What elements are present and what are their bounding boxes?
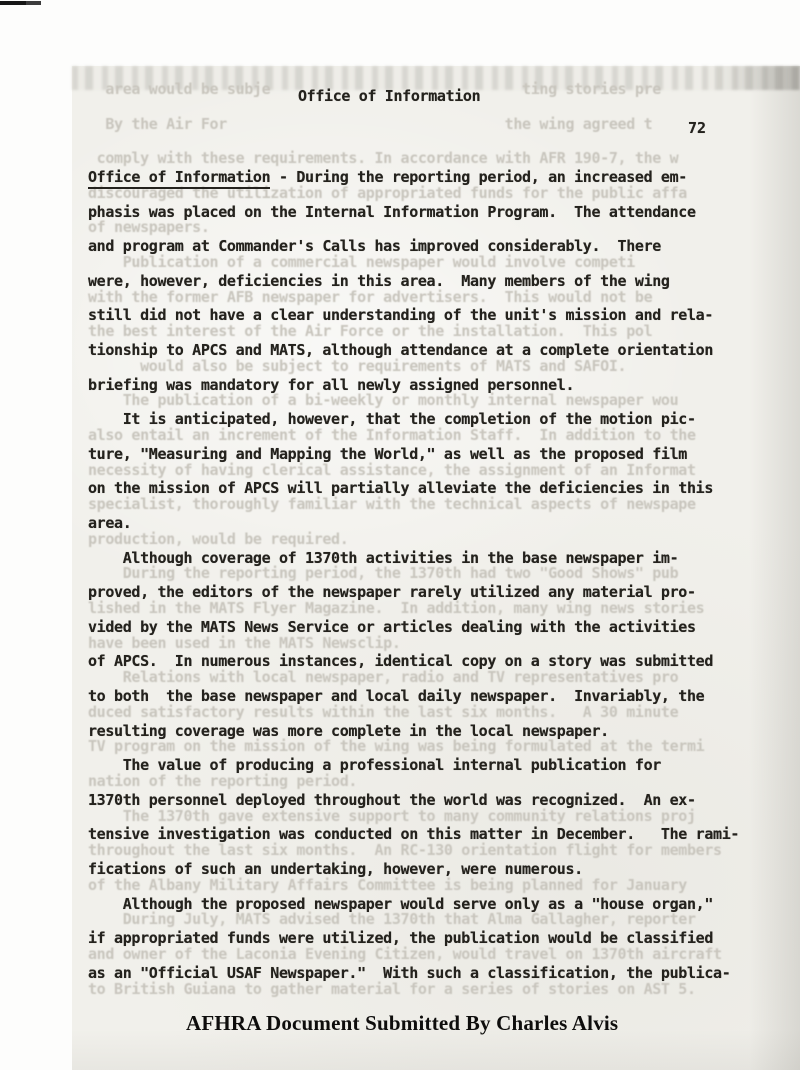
text-line: phasis was placed on the Internal Inform… [88, 205, 696, 220]
text-line: tensive investigation was conducted on t… [88, 827, 739, 842]
text-line: and program at Commander's Calls has imp… [88, 239, 661, 254]
page-number: 72 [688, 121, 706, 136]
text-line: still did not have a clear understanding… [88, 308, 713, 323]
text-line: 1370th personnel deployed throughout the… [88, 793, 696, 808]
text-line: area. [88, 516, 131, 531]
text-line: on the mission of APCS will partially al… [88, 481, 713, 496]
text-line: fications of such an undertaking, howeve… [88, 862, 583, 877]
footer-stamp: AFHRA Document Submitted By Charles Alvi… [186, 1013, 618, 1034]
text-line: tionship to APCS and MATS, although atte… [88, 343, 713, 358]
line-text: - During the reporting period, an increa… [270, 168, 687, 186]
text-line: Although the proposed newspaper would se… [88, 897, 713, 912]
text-line: Office of Information - During the repor… [88, 170, 687, 185]
text-line: Although coverage of 1370th activities i… [88, 551, 678, 566]
text-line: if appropriated funds were utilized, the… [88, 931, 713, 946]
text-line: were, however, deficiencies in this area… [88, 274, 670, 289]
text-line: It is anticipated, however, that the com… [88, 412, 696, 427]
underlined-heading-text: Office of Information [88, 168, 270, 189]
text-line: to both the base newspaper and local dai… [88, 689, 704, 704]
text-line: ture, "Measuring and Mapping the World,"… [88, 447, 687, 462]
document-text-layer: Office of Information 72 Office of Infor… [0, 0, 800, 1070]
text-line: briefing was mandatory for all newly ass… [88, 378, 574, 393]
page-header-title: Office of Information [298, 89, 480, 104]
text-line: proved, the editors of the newspaper rar… [88, 585, 696, 600]
scanned-document-page: { "colors":{ "paper":"#f1f0eb", "ink":"#… [0, 0, 800, 1070]
text-line: The value of producing a professional in… [88, 758, 661, 773]
text-line: vided by the MATS News Service or articl… [88, 620, 696, 635]
text-line: resulting coverage was more complete in … [88, 724, 609, 739]
text-line: of APCS. In numerous instances, identica… [88, 654, 713, 669]
text-line: as an "Official USAF Newspaper." With su… [88, 966, 730, 981]
